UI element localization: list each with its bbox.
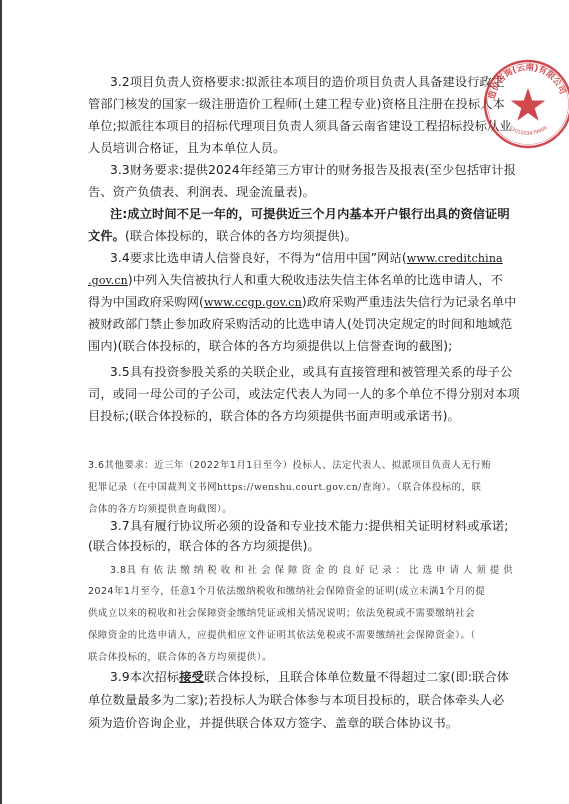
section-3-3-line-1: 3.3财务要求:提供2024年经第三方审计的财务报告及报表(至少包括审计报 [110, 163, 516, 177]
section-3-4-text-3a: 得为中国政府采购网( [88, 295, 204, 309]
section-3-9-line-3: 须为造价咨询企业，并提供联合体双方签字、盖章的联合体协议书。 [88, 716, 458, 730]
note-rest-text: (联合体投标的，联合体的各方均须提供)。 [125, 229, 357, 243]
section-3-8-line-3: 供成立以来的税收和社会保障资金缴纳凭证或相关情况说明；依法免税或不需要缴纳社会 [88, 607, 475, 621]
section-3-9-text-1a: 3.9本次招标 [110, 670, 179, 684]
section-3-9-line-1: 3.9本次招标接受联合体投标，且联合体单位数量不得超过二家(即:联合体 [110, 670, 509, 684]
section-3-3-line-2: 告、资产负债表、利润表、现金流量表)。 [88, 185, 315, 199]
section-3-4-line-5: 围内)(联合体投标的，联合体的各方均须提供以上信誉查询的截图); [88, 339, 452, 353]
section-3-8-line-5: 联合体投标的，联合体的各方均须提供）。 [88, 651, 272, 665]
section-3-4-line-2: .gov.cn)中列入失信被执行人和重大税收违法失信主体名单的比选申请人，不 [88, 273, 503, 288]
ccgp-link[interactable]: www.ccgp.gov.cn [204, 296, 302, 309]
section-3-5-line-2: 司，或同一母公司的子公司，或法定代表人为同一人的多个单位不得分别对本项 [88, 387, 520, 401]
creditchina-link-cont[interactable]: .gov.cn [88, 274, 128, 287]
wenshu-link[interactable]: https://wenshu.court.gov.cn/ [217, 483, 362, 493]
section-3-5-line-1: 3.5具有投资参股关系的关联企业，或具有直接管理和被管理关系的母子公 [110, 365, 512, 379]
section-3-8-line-4: 保障资金的比选申请人，应提供相应文件证明其依法免税或不需要缴纳社会保障资金）。（ [88, 629, 476, 643]
section-3-4-line-4: 被财政部门禁止参加政府采购活动的比选申请人(处罚决定规定的时间和地域范 [88, 317, 512, 331]
document-page: 3.2项目负责人资格要求:拟派往本项目的造价项目负责人具备建设行政主 管部门核发… [0, 0, 569, 804]
section-3-6-text-2a: 犯罪记录（在中国裁判文书网 [88, 482, 217, 493]
section-3-6-line-1: 3.6其他要求：近三年（2022年1月1日至今）投标人、法定代表人、拟派项目负责… [88, 459, 491, 473]
section-3-8-line-1: 3.8具 有 依 法 缴 纳 税 收 和 社 会 保 障 资 金 的 良 好 记… [110, 564, 513, 578]
section-3-7-line-1: 3.7具有履行协议所必须的设备和专业技术能力:提供相关证明材料或承诺; [110, 519, 508, 533]
creditchina-link[interactable]: www.creditchina [407, 252, 503, 265]
section-3-2-line-2: 管部门核发的国家一级注册造价工程师(土建工程专业)资格且注册在投标人本 [88, 97, 505, 111]
section-3-8-line-2: 2024年1月至今，任意1个月依法缴纳税收和缴纳社会保障资金的证明(成立未满1个… [88, 585, 485, 599]
section-3-9-text-1b: 联合体投标，且联合体单位数量不得超过二家(即:联合体 [204, 670, 509, 684]
note-bold-text: 文件。 [88, 229, 125, 243]
section-3-2-line-4: 人员培训合格证，且为本单位人员。 [88, 141, 285, 155]
note-line-2: 文件。(联合体投标的，联合体的各方均须提供)。 [88, 229, 357, 243]
section-3-7-line-2: (联合体投标的，联合体的各方均须提供)。 [88, 539, 320, 553]
accept-underlined: 接受 [179, 670, 204, 684]
section-3-4-text-2: )中列入失信被执行人和重大税收违法失信主体名单的比选申请人，不 [128, 273, 503, 287]
section-3-6-line-3: 合体的各方均须提供查询截图）。 [88, 503, 232, 517]
section-3-9-line-2: 单位数量最多为二家);若投标人为联合体参与本项目投标的，联合体牵头人必 [88, 693, 504, 707]
section-3-4-text-3b: )政府采购严重违法失信行为记录名单中 [302, 295, 517, 309]
section-3-4-text: 3.4要求比选申请人信誉良好，不得为“信用中国”网站( [110, 251, 407, 265]
section-3-2-line-3: 单位;拟派往本项目的招标代理项目负责人须具备云南省建设工程招标投标从业 [88, 119, 512, 133]
section-3-6-line-2: 犯罪记录（在中国裁判文书网https://wenshu.court.gov.cn… [88, 481, 481, 495]
section-3-6-text-2b: 查询）。（联合体投标的，联 [362, 482, 482, 493]
section-3-5-line-3: 目投标;(联合体投标的，联合体的各方均须提供书面声明或承诺书)。 [88, 409, 460, 423]
note-line-1: 注:成立时间不足一年的，可提供近三个月内基本开户银行出具的资信证明 [110, 207, 510, 221]
svg-text:5301003479906: 5301003479906 [507, 125, 548, 137]
section-3-4-line-1: 3.4要求比选申请人信誉良好，不得为“信用中国”网站(www.creditchi… [110, 251, 503, 266]
section-3-2-line-1: 3.2项目负责人资格要求:拟派往本项目的造价项目负责人具备建设行政主 [110, 75, 504, 89]
section-3-4-line-3: 得为中国政府采购网(www.ccgp.gov.cn)政府采购严重违法失信行为记录… [88, 295, 517, 310]
